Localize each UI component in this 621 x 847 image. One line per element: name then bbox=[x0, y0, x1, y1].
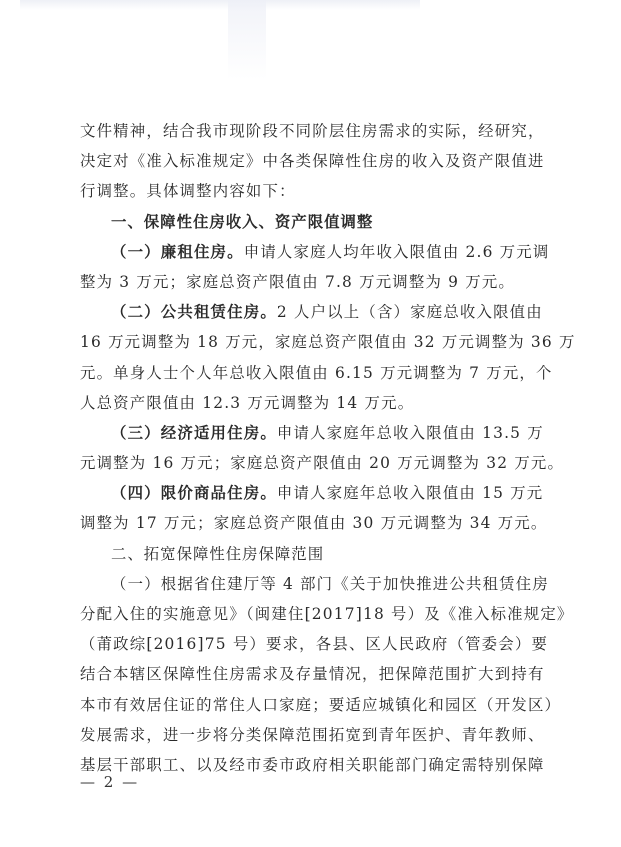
item-text: 申请人家庭年总收入限值由 15 万元 bbox=[277, 484, 543, 502]
item-title: （一）廉租住房。 bbox=[111, 243, 244, 261]
body-line: 决定对《准入标准规定》中各类保障性住房的收入及资产限值进 bbox=[80, 146, 544, 176]
item-3: （三）经济适用住房。申请人家庭年总收入限值由 13.5 万 bbox=[80, 418, 544, 448]
item-text: 申请人家庭年总收入限值由 13.5 万 bbox=[277, 424, 544, 442]
section-heading-1: 一、保障性住房收入、资产限值调整 bbox=[80, 207, 544, 237]
item-2: （二）公共租赁住房。2 人户以上（含）家庭总收入限值由 bbox=[80, 297, 544, 327]
item-text: 2 人户以上（含）家庭总收入限值由 bbox=[277, 303, 543, 321]
body-line: 基层干部职工、以及经市委市政府相关职能部门确定需特别保障 bbox=[80, 750, 544, 780]
page-number: — 2 — bbox=[80, 773, 139, 791]
scan-bleed-column bbox=[228, 0, 266, 80]
body-line: （莆政综[2016]75 号）要求，各县、区人民政府（管委会）要 bbox=[80, 629, 544, 659]
body-line: 调整为 17 万元；家庭总资产限值由 30 万元调整为 34 万元。 bbox=[80, 508, 544, 538]
body-line: 行调整。具体调整内容如下： bbox=[80, 176, 544, 206]
item-text: 申请人家庭人均年收入限值由 2.6 万元调 bbox=[244, 243, 550, 261]
item-title: （三）经济适用住房。 bbox=[111, 424, 277, 442]
body-line: 整为 3 万元；家庭总资产限值由 7.8 万元调整为 9 万元。 bbox=[80, 267, 544, 297]
document-page: 文件精神，结合我市现阶段不同阶层住房需求的实际，经研究， 决定对《准入标准规定》… bbox=[80, 116, 544, 780]
body-line: 分配入住的实施意见》（闽建住[2017]18 号）及《准入标准规定》 bbox=[80, 599, 544, 629]
body-line: 文件精神，结合我市现阶段不同阶层住房需求的实际，经研究， bbox=[80, 116, 544, 146]
body-line: 16 万元调整为 18 万元，家庭总资产限值由 32 万元调整为 36 万 bbox=[80, 327, 544, 357]
body-line: （一）根据省住建厅等 4 部门《关于加快推进公共租赁住房 bbox=[80, 569, 544, 599]
item-title: （四）限价商品住房。 bbox=[111, 484, 277, 502]
body-line: 发展需求，进一步将分类保障范围拓宽到青年医护、青年教师、 bbox=[80, 720, 544, 750]
body-line: 结合本辖区保障性住房需求及存量情况，把保障范围扩大到持有 bbox=[80, 659, 544, 689]
item-1: （一）廉租住房。申请人家庭人均年收入限值由 2.6 万元调 bbox=[80, 237, 544, 267]
body-line: 元。单身人士个人年总收入限值由 6.15 万元调整为 7 万元，个 bbox=[80, 358, 544, 388]
body-line: 本市有效居住证的常住人口家庭；要适应城镇化和园区（开发区） bbox=[80, 690, 544, 720]
item-title: （二）公共租赁住房。 bbox=[111, 303, 277, 321]
section-heading-2: 二、拓宽保障性住房保障范围 bbox=[80, 539, 544, 569]
body-line: 元调整为 16 万元；家庭总资产限值由 20 万元调整为 32 万元。 bbox=[80, 448, 544, 478]
item-4: （四）限价商品住房。申请人家庭年总收入限值由 15 万元 bbox=[80, 478, 544, 508]
body-line: 人总资产限值由 12.3 万元调整为 14 万元。 bbox=[80, 388, 544, 418]
scan-bleed-artifact bbox=[20, 0, 420, 10]
